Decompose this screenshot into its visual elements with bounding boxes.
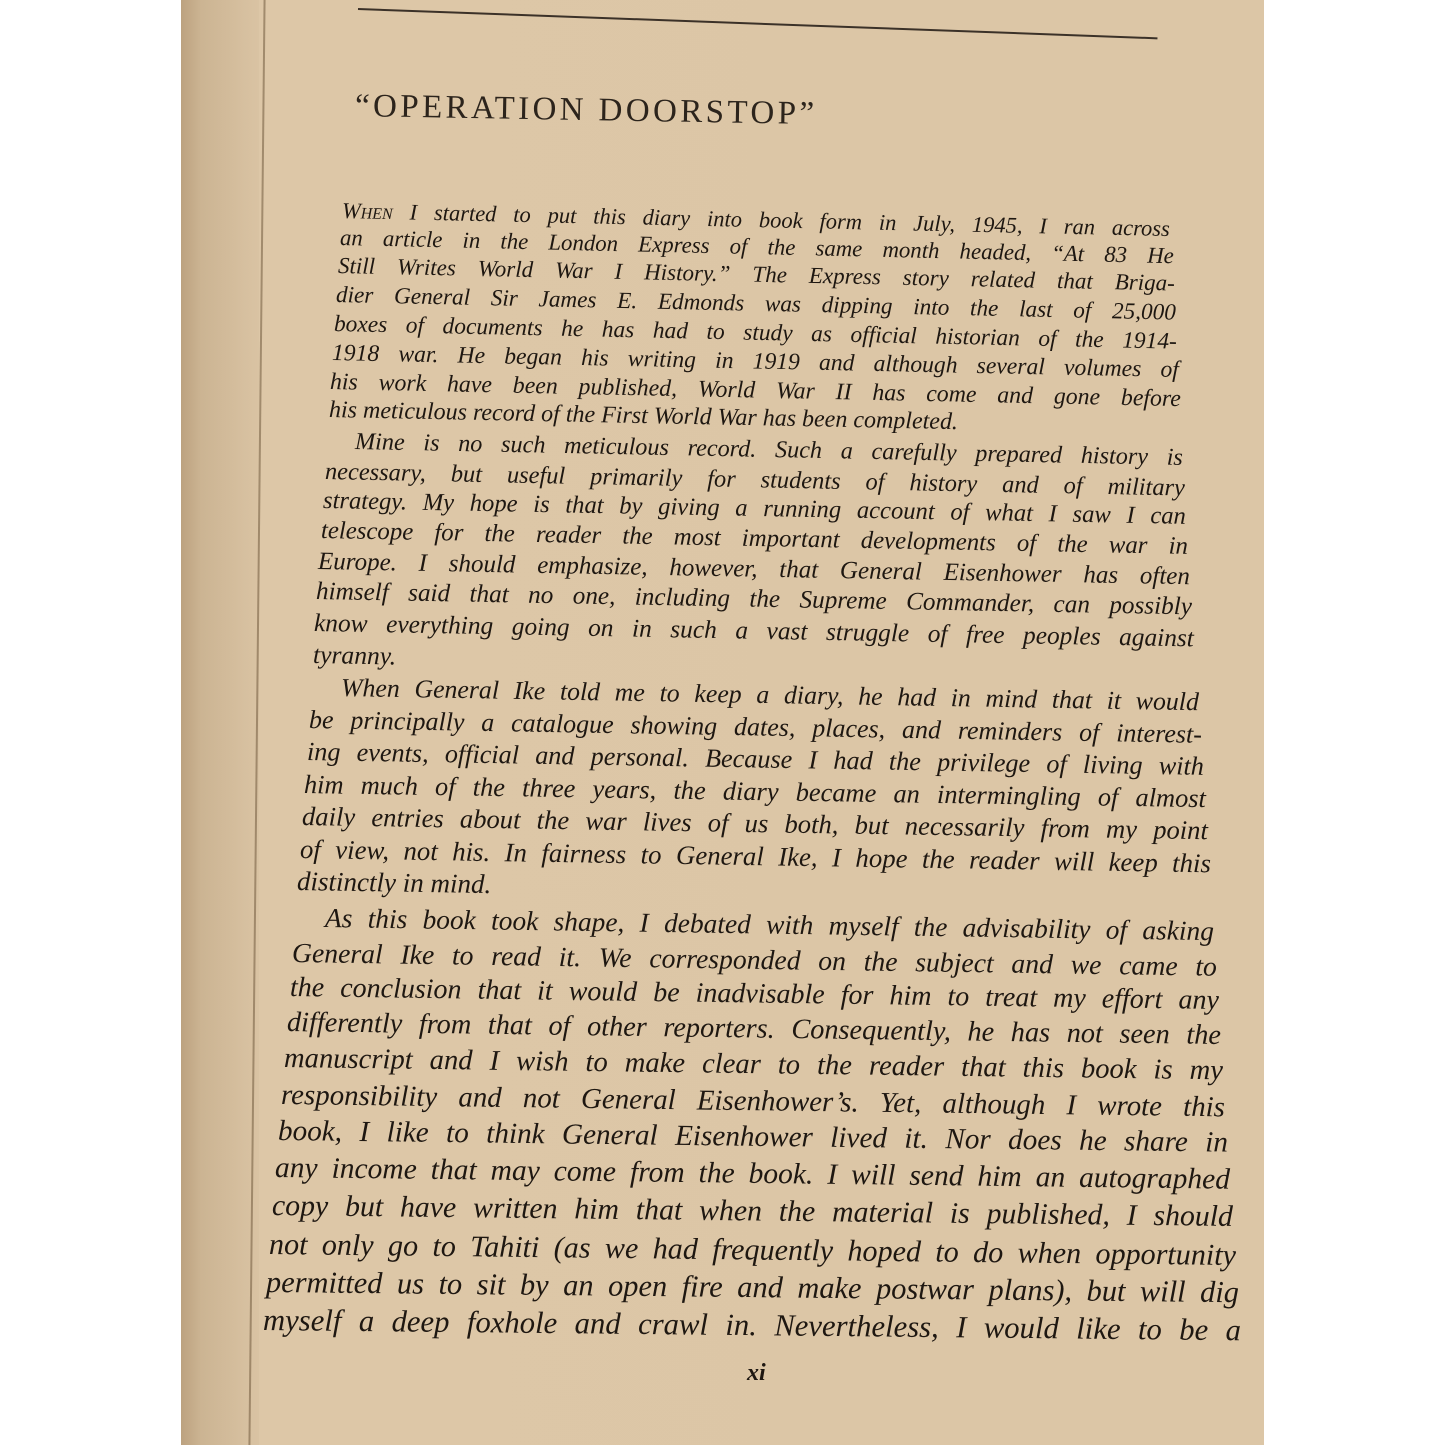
lead-in: When (342, 198, 393, 224)
text-line: tyranny. (313, 640, 434, 672)
gutter-shadow (181, 0, 259, 1445)
page-number: xi (747, 1360, 766, 1387)
text-line: distinctly in mind. (297, 866, 537, 901)
